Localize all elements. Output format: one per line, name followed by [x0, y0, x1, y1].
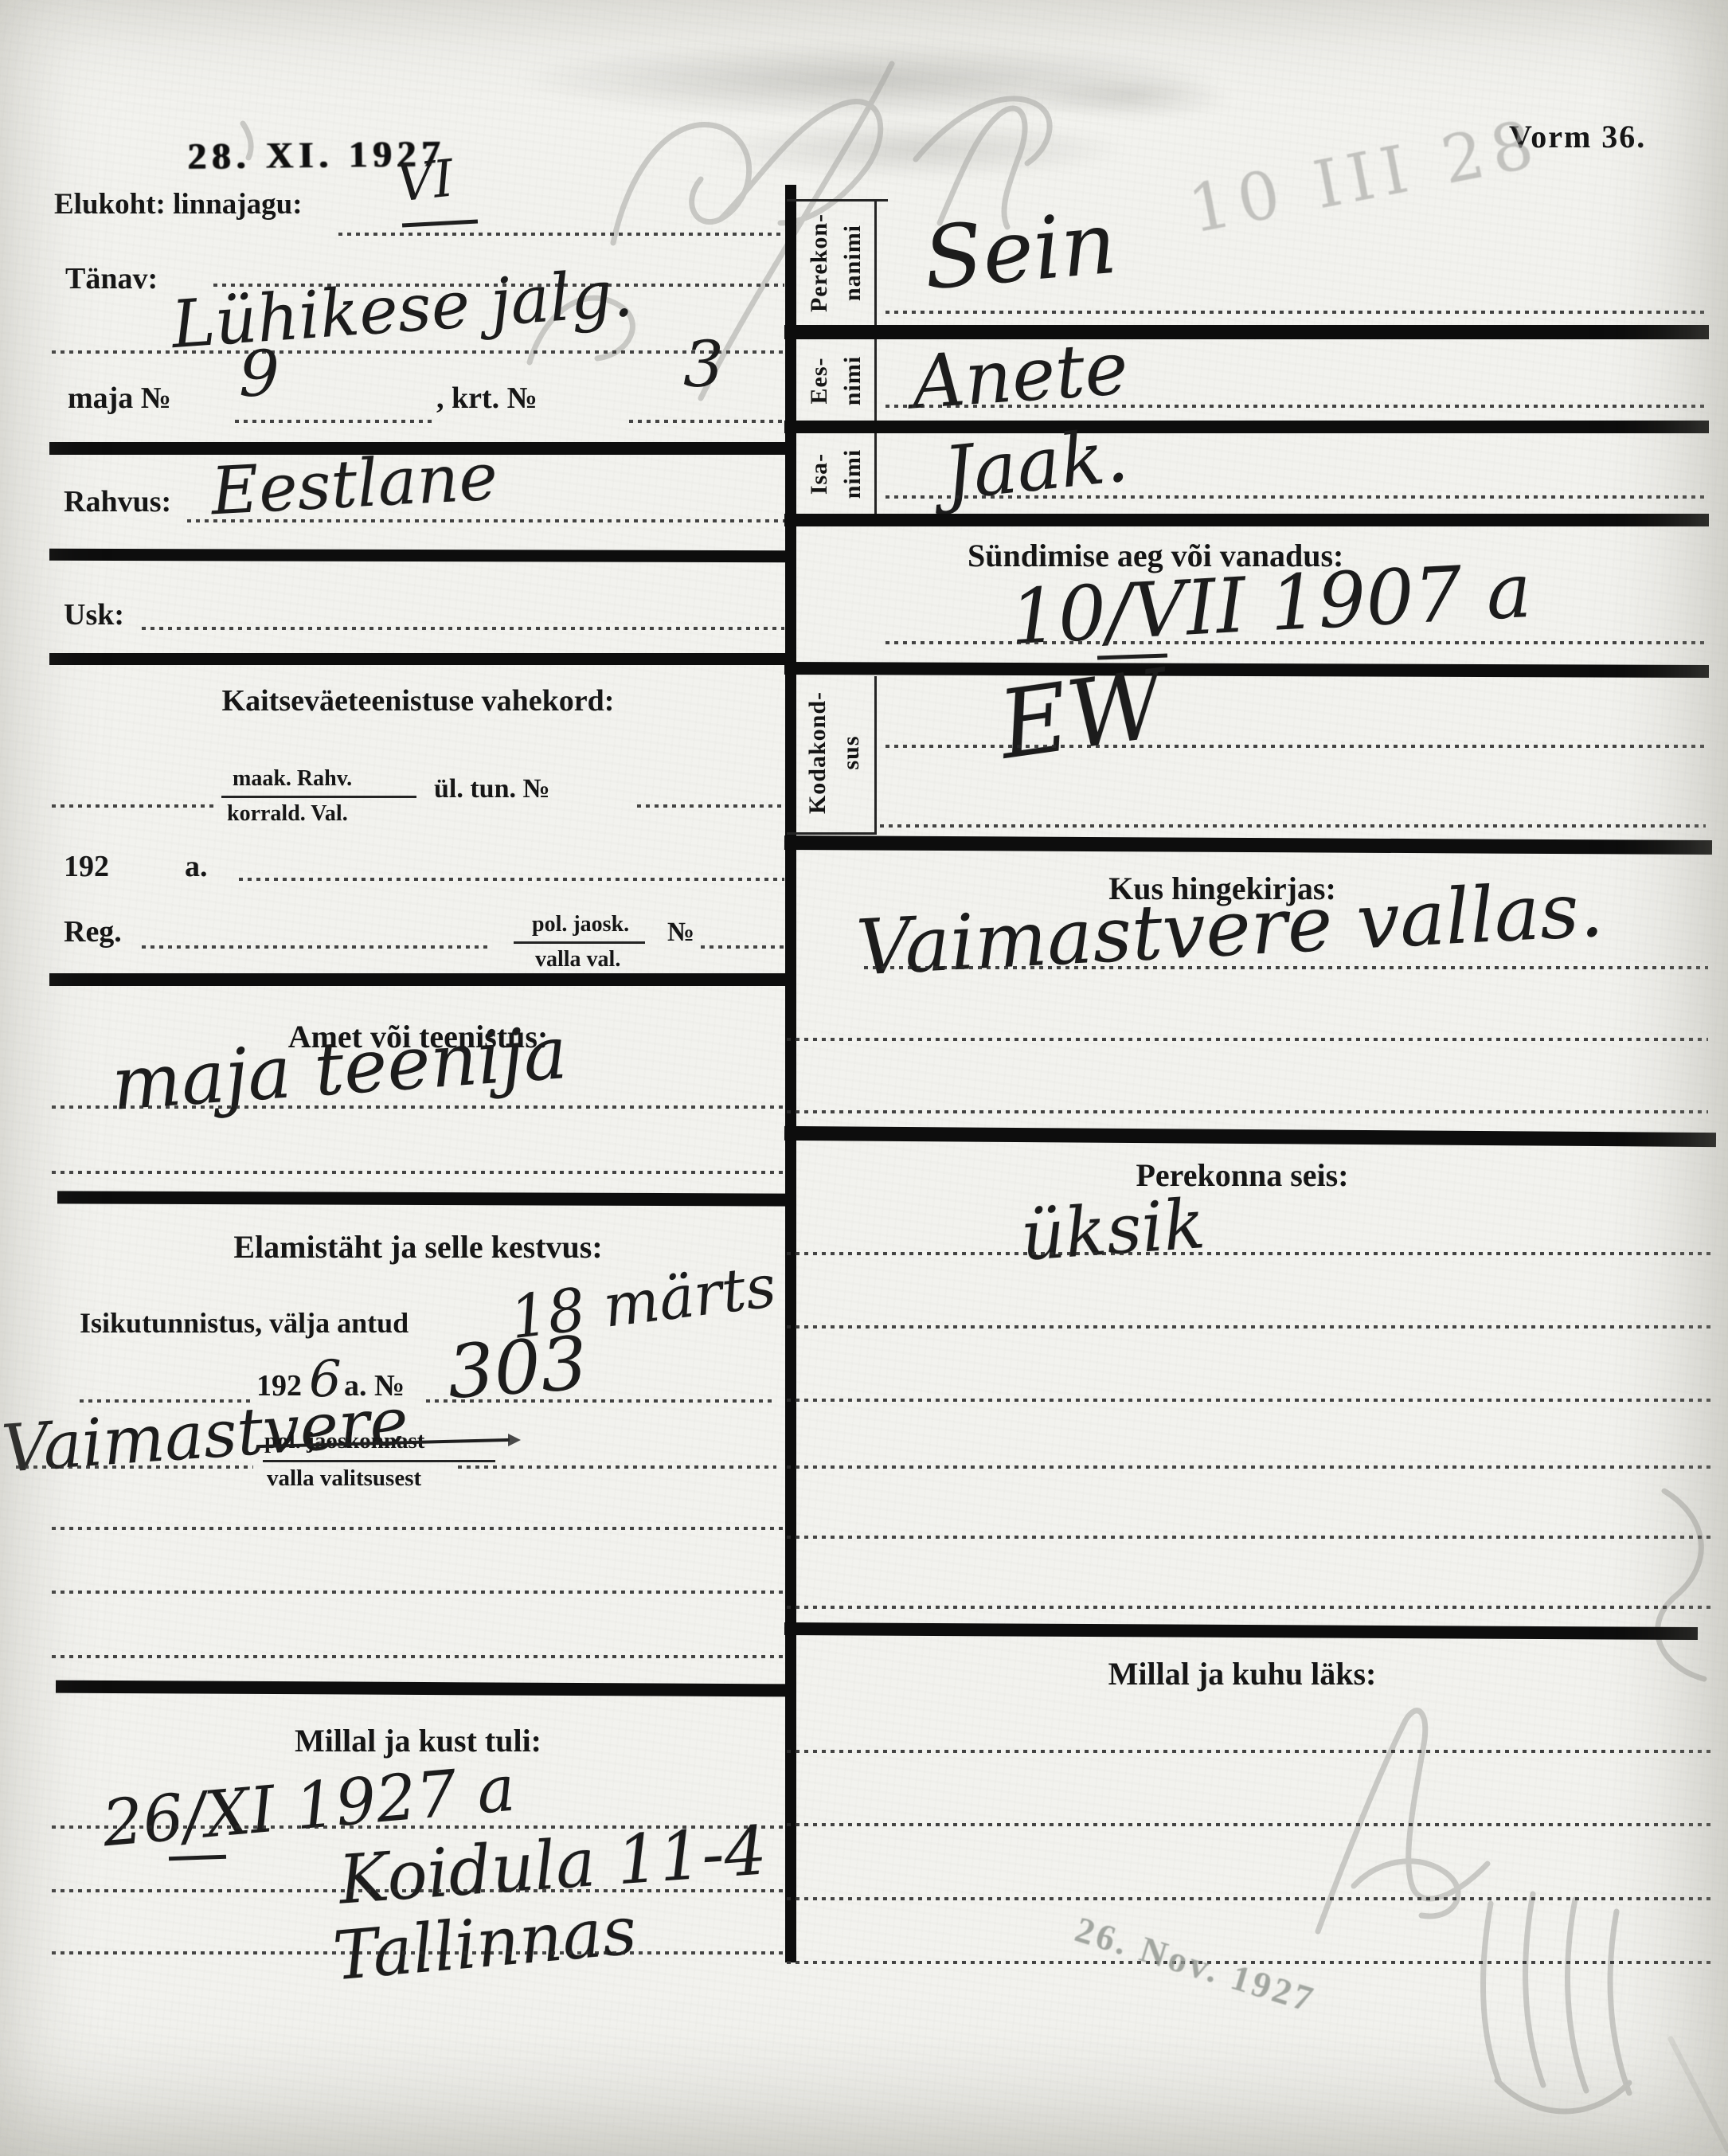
- seis-value: üksik: [1018, 1190, 1207, 1271]
- received-date-stamp: 26. Nov. 1927: [1070, 1908, 1321, 2021]
- dotted-line: [142, 945, 492, 949]
- dotted-line: [787, 1606, 1710, 1609]
- maja-value: 9: [239, 342, 280, 406]
- dotted-line: [629, 420, 784, 423]
- seis-heading: Perekonna seis:: [804, 1156, 1680, 1194]
- kodakondsus-label-line1: Kodakond-: [801, 691, 835, 814]
- isik-label: Isikutunnistus, välja antud: [80, 1306, 409, 1340]
- dotted-line: [787, 1110, 1708, 1113]
- cell-right-line: [874, 433, 877, 514]
- kodakondsus-label-line2: sus: [835, 735, 868, 769]
- eesnimi-label: Ees- nimi: [798, 337, 874, 425]
- section-divider-bar: [784, 421, 1709, 433]
- dotted-line: [52, 1171, 784, 1174]
- isanimi-label-line1: Isa-: [803, 453, 836, 495]
- isanimi-label: Isa- nimi: [798, 434, 874, 514]
- perekonnanimi-value: Sein: [921, 201, 1120, 303]
- dotted-line: [886, 405, 1706, 408]
- tanav-label: Tänav:: [65, 261, 158, 296]
- section-divider-bar: [784, 514, 1709, 526]
- dotted-line: [338, 233, 784, 236]
- fraction-line: [514, 941, 645, 944]
- year-prefix: 192: [64, 849, 109, 884]
- rahvus-label: Rahvus:: [64, 484, 171, 519]
- dotted-line: [16, 1465, 253, 1469]
- eesnimi-label-line1: Ees-: [803, 358, 836, 405]
- section-divider-bar: [784, 662, 1709, 678]
- usk-label: Usk:: [64, 597, 124, 632]
- section-divider-bar: [49, 549, 790, 562]
- laks-heading: Millal ja kuhu läks:: [804, 1655, 1680, 1692]
- elukoht-value: VI: [394, 153, 456, 209]
- ul-tun-label: ül. tun. №: [434, 774, 550, 804]
- no-sign: №: [667, 918, 694, 948]
- section-divider-bar: [784, 1126, 1716, 1147]
- year-a: a.: [185, 849, 208, 884]
- pencil-smudge: [701, 119, 1131, 179]
- dotted-line: [187, 519, 784, 522]
- pencil-smudge: [1027, 76, 1234, 119]
- dotted-line: [787, 1536, 1710, 1539]
- kodakondsus-value: EW: [994, 656, 1171, 773]
- eesnimi-label-line2: nimi: [836, 356, 870, 405]
- pencil-smudge: [510, 40, 1226, 119]
- dotted-line: [426, 1399, 776, 1403]
- dotted-line: [787, 1465, 1710, 1469]
- perekonnanimi-label-line1: Perekon-: [803, 213, 836, 312]
- strike-arrowhead: [508, 1434, 521, 1446]
- elukoht-label: Elukoht: linnajagu:: [54, 187, 303, 221]
- dotted-line: [458, 1465, 776, 1469]
- registration-card: 28. XI. 1927 Vorm 36. 10 III 28 Elukoht:…: [0, 0, 1728, 2156]
- section-divider-bar: [49, 973, 790, 986]
- pencil-note: 10 III 28: [1183, 106, 1547, 248]
- dotted-line: [787, 1325, 1710, 1328]
- krt-value: 3: [683, 333, 724, 397]
- frac2-top: pol. jaosk.: [532, 912, 629, 937]
- dotted-line: [787, 1823, 1712, 1826]
- dotted-line: [886, 641, 1706, 644]
- dotted-line: [701, 945, 784, 949]
- dotted-line: [235, 420, 434, 423]
- fraction-line: [221, 796, 416, 798]
- fraction-line: [263, 1460, 495, 1462]
- cell-right-line: [874, 339, 877, 421]
- frac1-bottom: korrald. Val.: [227, 801, 348, 827]
- maja-label: maja №: [68, 381, 171, 416]
- dotted-line: [880, 824, 1706, 828]
- section-divider-bar: [784, 1622, 1698, 1640]
- perekonnanimi-label-line2: nanimi: [836, 225, 870, 301]
- reg-label: Reg.: [64, 914, 122, 949]
- dotted-line: [886, 495, 1706, 499]
- underline-stroke: [169, 1855, 226, 1861]
- isik-no-value: 303: [445, 1327, 590, 1410]
- isanimi-label-line2: nimi: [836, 449, 870, 499]
- dotted-line: [142, 627, 784, 630]
- elamistaht-heading: Elamistäht ja selle kestvus:: [52, 1228, 784, 1266]
- dotted-line: [52, 804, 213, 808]
- cell-right-line: [874, 676, 877, 835]
- dotted-line: [787, 1897, 1712, 1900]
- dotted-line: [886, 745, 1706, 748]
- dotted-line: [52, 1655, 784, 1658]
- dotted-line: [52, 1105, 784, 1109]
- section-divider-bar: [784, 325, 1709, 339]
- section-divider-bar: [56, 1681, 790, 1697]
- frac1-top: maak. Rahv.: [233, 766, 352, 792]
- dotted-line: [787, 1252, 1710, 1255]
- dotted-line: [52, 1527, 784, 1530]
- kodakondsus-label: Kodakond- sus: [796, 673, 873, 832]
- dotted-line: [787, 1399, 1710, 1402]
- dotted-line: [787, 1038, 1708, 1041]
- rahvus-value: Eestlane: [209, 445, 499, 526]
- asutus-bottom: valla valitsusest: [267, 1465, 421, 1492]
- cell-right-line: [874, 199, 877, 327]
- dotted-line: [52, 1951, 784, 1954]
- dotted-line: [637, 804, 784, 808]
- dotted-line: [239, 878, 784, 881]
- cell-bottom-line: [787, 832, 877, 835]
- kaitse-heading: Kaitseväeteenistuse vahekord:: [52, 683, 784, 718]
- section-divider-bar: [57, 1191, 790, 1206]
- frac2-bottom: valla val.: [535, 947, 620, 972]
- dotted-line: [52, 1591, 784, 1594]
- dotted-line: [52, 1889, 784, 1892]
- dotted-line: [864, 966, 1708, 969]
- dotted-line: [52, 350, 784, 354]
- section-divider-bar: [784, 835, 1712, 855]
- dotted-line: [787, 1750, 1712, 1753]
- perekonnanimi-label: Perekon- nanimi: [798, 201, 874, 325]
- underline-stroke: [402, 220, 478, 228]
- section-divider-bar: [49, 653, 788, 665]
- krt-label: , krt. №: [436, 381, 538, 416]
- dotted-line: [886, 311, 1706, 314]
- tuli-heading: Millal ja kust tuli:: [52, 1722, 784, 1759]
